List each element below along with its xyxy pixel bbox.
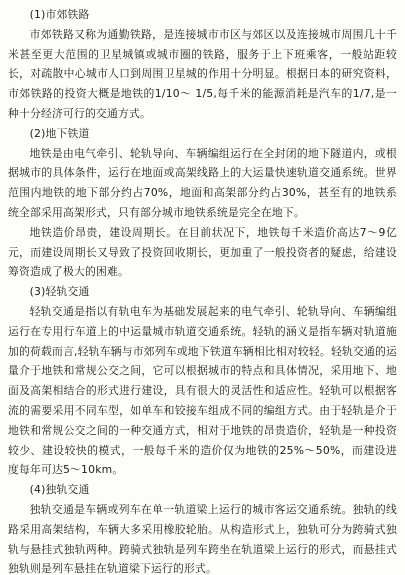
section-suburban-railway: (1)市郊铁路 市郊铁路又称为通勤铁路，是连接城市市区与郊区以及连接城市周围几十… [8,5,397,124]
document-page: (1)市郊铁路 市郊铁路又称为通勤铁路，是连接城市市区与郊区以及连接城市周围几十… [0,0,405,575]
paragraph: 地铁是由电气牵引、轮轨导向、车辆编组运行在全封闭的地下隧道内，或根据城市的具体条… [8,144,397,223]
section-heading: (3)轻轨交通 [8,282,397,302]
paragraph: 独轨交通是车辆或列车在单一轨道梁上运行的城市客运交通系统。独轨的线路采用高架结构… [8,500,397,575]
section-light-rail: (3)轻轨交通 轻轨交通是指以有轨电车为基础发展起来的电气牵引、轮轨导向、车辆编… [8,282,397,480]
section-underground-railway: (2)地下铁道 地铁是由电气牵引、轮轨导向、车辆编组运行在全封闭的地下隧道内，或… [8,124,397,282]
paragraph: 市郊铁路又称为通勤铁路，是连接城市市区与郊区以及连接城市周围几十千米甚至更大范围… [8,25,397,124]
paragraph: 地铁造价昂贵，建设周期长。在目前状况下，地铁每千米造价高达7～9亿元，而建设周期… [8,223,397,282]
section-heading: (2)地下铁道 [8,124,397,144]
section-heading: (4)独轨交通 [8,480,397,500]
paragraph: 轻轨交通是指以有轨电车为基础发展起来的电气牵引、轮轨导向、车辆编组运行在专用行车… [8,302,397,480]
section-monorail: (4)独轨交通 独轨交通是车辆或列车在单一轨道梁上运行的城市客运交通系统。独轨的… [8,480,397,575]
section-heading: (1)市郊铁路 [8,5,397,25]
